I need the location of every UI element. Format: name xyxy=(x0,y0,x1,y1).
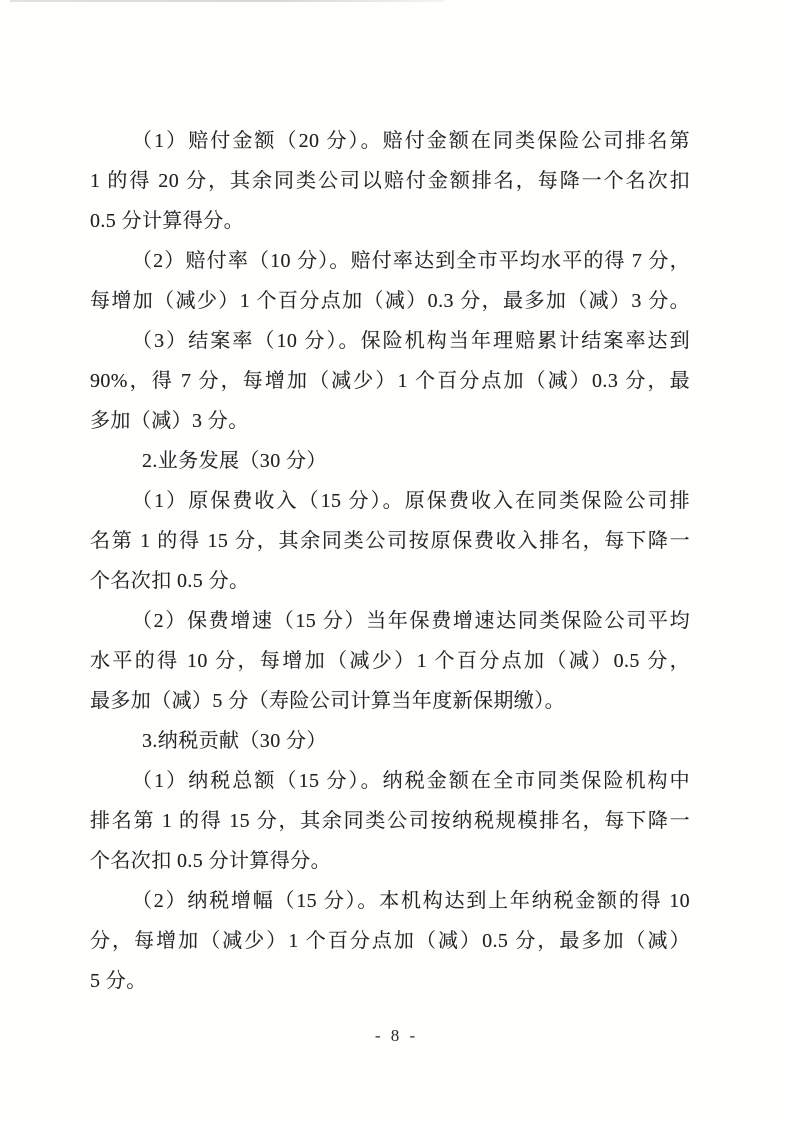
paragraph-line: （1）原保费收入（15 分）。原保费收入在同类保险公司排 xyxy=(90,481,690,521)
section-heading: 2.业务发展（30 分） xyxy=(90,441,690,481)
document-body: （1）赔付金额（20 分）。赔付金额在同类保险公司排名第 1 的得 20 分，其… xyxy=(90,121,690,1001)
paragraph-line: 90%，得 7 分，每增加（减少）1 个百分点加（减）0.3 分，最 xyxy=(90,361,690,401)
paragraph-line: 个名次扣 0.5 分。 xyxy=(90,561,690,601)
paragraph-line: 每增加（减少）1 个百分点加（减）0.3 分，最多加（减）3 分。 xyxy=(90,281,690,321)
paragraph-line: 1 的得 20 分，其余同类公司以赔付金额排名，每降一个名次扣 xyxy=(90,161,690,201)
paragraph-line: （1）赔付金额（20 分）。赔付金额在同类保险公司排名第 xyxy=(90,121,690,161)
paragraph-line: 分，每增加（减少）1 个百分点加（减）0.5 分，最多加（减） xyxy=(90,921,690,961)
paragraph-line: 排名第 1 的得 15 分，其余同类公司按纳税规模排名，每下降一 xyxy=(90,801,690,841)
page-number: - 8 - xyxy=(0,1024,793,1048)
paragraph-line: （1）纳税总额（15 分）。纳税金额在全市同类保险机构中 xyxy=(90,761,690,801)
paragraph-line: 5 分。 xyxy=(90,961,690,1001)
paragraph-line: （2）赔付率（10 分）。赔付率达到全市平均水平的得 7 分， xyxy=(90,241,690,281)
paragraph-line: 个名次扣 0.5 分计算得分。 xyxy=(90,841,690,881)
paragraph-line: （2）纳税增幅（15 分）。本机构达到上年纳税金额的得 10 xyxy=(90,881,690,921)
paragraph-line: 水平的得 10 分，每增加（减少）1 个百分点加（减）0.5 分， xyxy=(90,641,690,681)
paragraph-line: 名第 1 的得 15 分，其余同类公司按原保费收入排名，每下降一 xyxy=(90,521,690,561)
paragraph-line: 最多加（减）5 分（寿险公司计算当年度新保期缴）。 xyxy=(90,681,690,721)
paragraph-line: 多加（减）3 分。 xyxy=(90,401,690,441)
paragraph-line: （3）结案率（10 分）。保险机构当年理赔累计结案率达到 xyxy=(90,321,690,361)
document-page: （1）赔付金额（20 分）。赔付金额在同类保险公司排名第 1 的得 20 分，其… xyxy=(0,0,793,1121)
section-heading: 3.纳税贡献（30 分） xyxy=(90,721,690,761)
paragraph-line: （2）保费增速（15 分）当年保费增速达同类保险公司平均 xyxy=(90,601,690,641)
paragraph-line: 0.5 分计算得分。 xyxy=(90,201,690,241)
scan-artifact-line xyxy=(10,0,445,2)
